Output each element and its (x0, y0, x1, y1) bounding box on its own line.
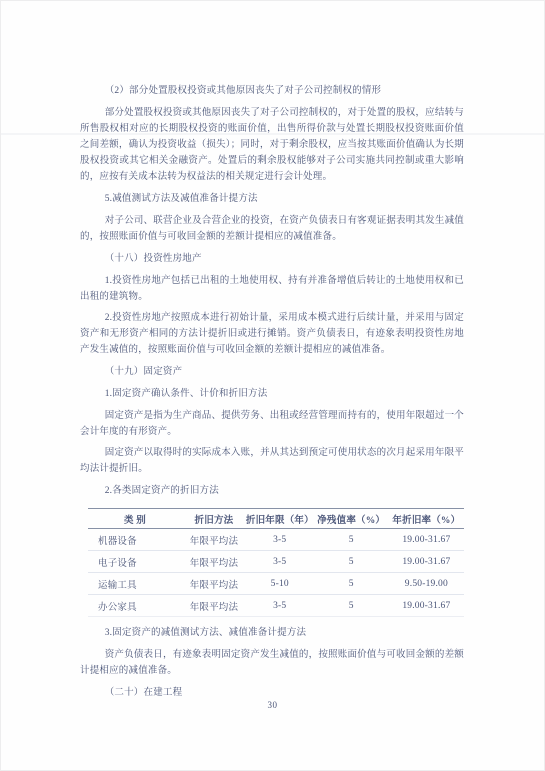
heading-fixed-assets-recognition: 1.固定资产确认条件、计价和折旧方法 (80, 386, 464, 402)
section-heading-fixed-assets: （十九）固定资产 (80, 364, 464, 380)
table-cell: 年限平均法 (182, 595, 246, 617)
table-cell: 机器设备 (88, 529, 182, 551)
paragraph-fixed-assets-cost: 固定资产以取得时的实际成本入账，并从其达到预定可使用状态的次月起采用年限平均法计… (80, 445, 464, 477)
depreciation-table: 类 别 折旧方法 折旧年限（年） 净残值率（%） 年折旧率（%） 机器设备 年限… (88, 508, 464, 617)
table-header-residual-rate: 净残值率（%） (314, 509, 389, 529)
heading-fixed-assets-impairment: 3.固定资产的减值测试方法、减值准备计提方法 (80, 625, 464, 641)
section-heading-investment-property: （十八）投资性房地产 (80, 251, 464, 267)
table-cell: 3-5 (246, 529, 314, 551)
table-cell: 运输工具 (88, 573, 182, 595)
table-cell: 5 (314, 551, 389, 573)
table-row-transport: 运输工具 年限平均法 5-10 5 9.50-19.00 (88, 573, 464, 595)
table-row-office-furniture: 办公家具 年限平均法 3-5 5 19.00-31.67 (88, 595, 464, 617)
table-cell: 5 (314, 595, 389, 617)
table-header-years: 折旧年限（年） (246, 509, 314, 529)
subsection-heading-disposal: （2）部分处置股权投资或其他原因丧失了对子公司控制权的情形 (80, 83, 464, 99)
paragraph-investment-property-1: 1.投资性房地产包括已出租的土地使用权、持有并准备增值后转让的土地使用权和已出租… (80, 273, 464, 305)
table-header-category: 类 别 (88, 509, 182, 529)
page-content: （2）部分处置股权投资或其他原因丧失了对子公司控制权的情形 部分处置股权投资或其… (80, 77, 464, 707)
paragraph-fixed-assets-definition: 固定资产是指为生产商品、提供劳务、出租或经营管理而持有的，使用年限超过一个会计年… (80, 408, 464, 440)
table-cell: 年限平均法 (182, 551, 246, 573)
table-cell: 办公家具 (88, 595, 182, 617)
paragraph-fixed-assets-impairment-detail: 资产负债表日，有迹象表明固定资产发生减值的，按照账面价值与可收回金额的差额计提相… (80, 647, 464, 679)
paragraph-impairment-detail: 对子公司、联营企业及合营企业的投资，在资产负债表日有客观证据表明其发生减值的，按… (80, 213, 464, 245)
table-cell: 19.00-31.67 (389, 595, 464, 617)
page-number: 30 (1, 700, 544, 710)
heading-depreciation-methods: 2.各类固定资产的折旧方法 (80, 483, 464, 499)
table-cell: 5 (314, 573, 389, 595)
table-cell: 电子设备 (88, 551, 182, 573)
table-cell: 3-5 (246, 551, 314, 573)
table-cell: 5 (314, 529, 389, 551)
paragraph-investment-property-2: 2.投资性房地产按照成本进行初始计量，采用成本模式进行后续计量，并采用与固定资产… (80, 310, 464, 358)
table-header-method: 折旧方法 (182, 509, 246, 529)
table-cell: 19.00-31.67 (389, 551, 464, 573)
table-cell: 5-10 (246, 573, 314, 595)
paragraph-disposal-detail: 部分处置股权投资或其他原因丧失了对子公司控制权的，对于处置的股权，应结转与所售股… (80, 105, 464, 185)
table-row-electronics: 电子设备 年限平均法 3-5 5 19.00-31.67 (88, 551, 464, 573)
table-cell: 19.00-31.67 (389, 529, 464, 551)
document-page: （2）部分处置股权投资或其他原因丧失了对子公司控制权的情形 部分处置股权投资或其… (0, 0, 545, 771)
table-header-annual-rate: 年折旧率（%） (389, 509, 464, 529)
table-cell: 年限平均法 (182, 529, 246, 551)
heading-impairment-test: 5.减值测试方法及减值准备计提方法 (80, 191, 464, 207)
section-heading-construction-in-progress: （二十）在建工程 (80, 685, 464, 701)
table-cell: 年限平均法 (182, 573, 246, 595)
table-header-row: 类 别 折旧方法 折旧年限（年） 净残值率（%） 年折旧率（%） (88, 509, 464, 529)
table-row-machinery: 机器设备 年限平均法 3-5 5 19.00-31.67 (88, 529, 464, 551)
table-cell: 3-5 (246, 595, 314, 617)
table-cell: 9.50-19.00 (389, 573, 464, 595)
